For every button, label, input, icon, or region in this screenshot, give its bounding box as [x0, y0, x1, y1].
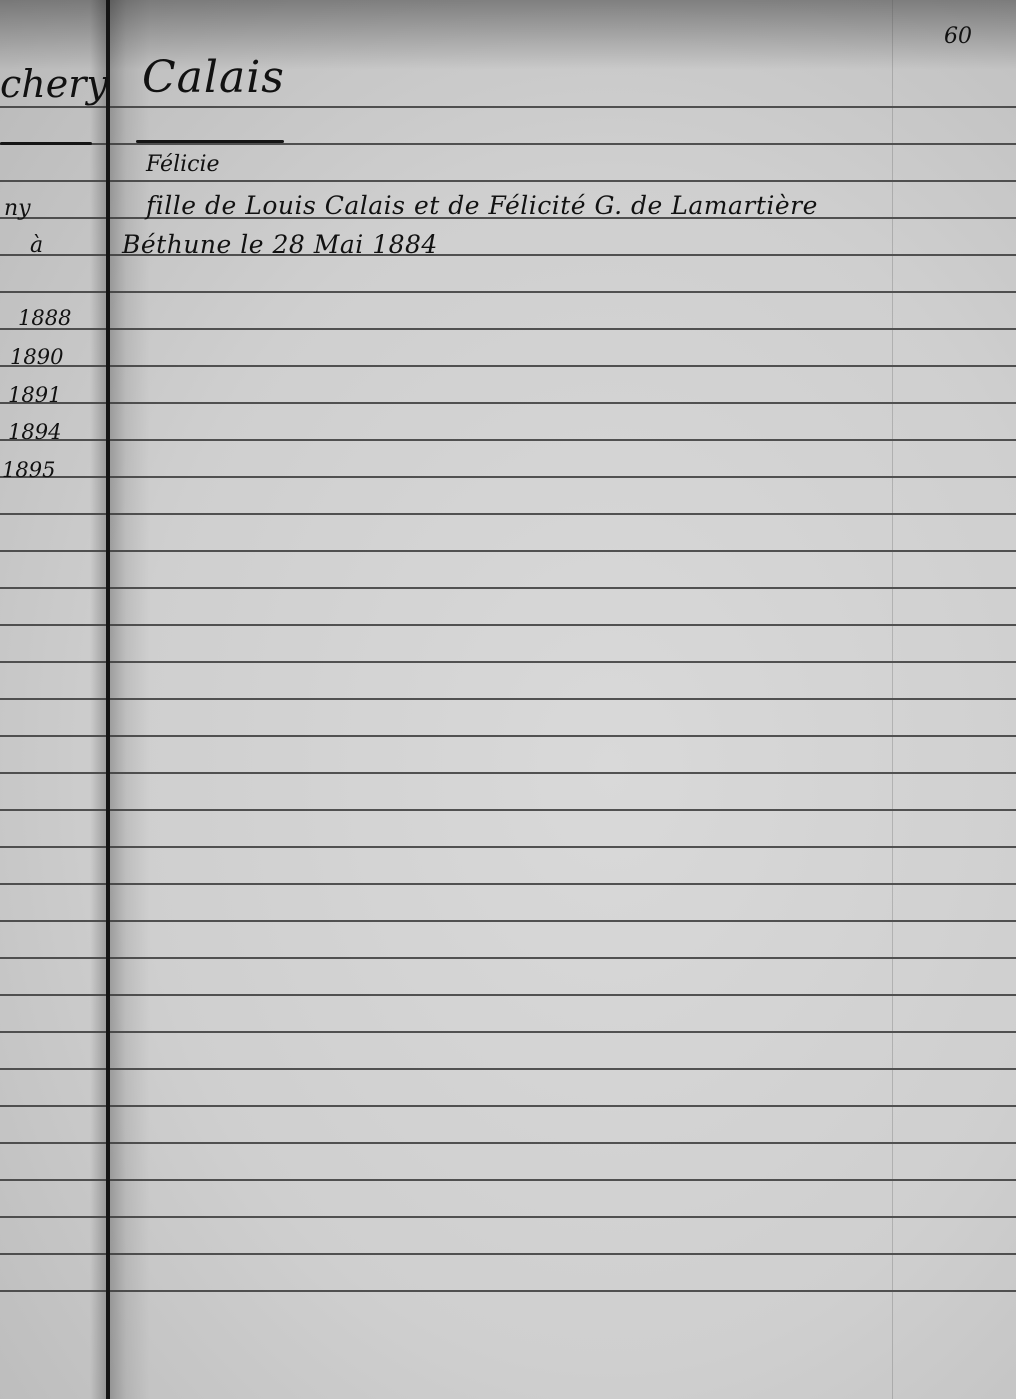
ruled-line: [0, 1216, 1016, 1218]
ruled-line: [0, 106, 1016, 108]
ruled-line: [0, 846, 1016, 848]
surname-heading: Calais: [142, 52, 285, 103]
ruled-line: [0, 1031, 1016, 1033]
ruled-line: [0, 365, 1016, 367]
surname-underline: [136, 140, 284, 143]
ruled-line: [0, 1253, 1016, 1255]
ruled-line: [0, 513, 1016, 515]
left-fragment-line-1: ny: [4, 196, 31, 221]
ruled-line: [0, 957, 1016, 959]
ruled-line: [0, 624, 1016, 626]
ruled-line: [0, 698, 1016, 700]
ruled-line: [0, 1179, 1016, 1181]
ruled-line: [0, 1068, 1016, 1070]
ruled-line: [0, 402, 1016, 404]
gutter-shadow: [90, 0, 150, 1399]
ruled-line: [0, 735, 1016, 737]
ruled-line: [0, 661, 1016, 663]
entry-parentage: fille de Louis Calais et de Félicité G. …: [146, 191, 818, 220]
ruled-line: [0, 1105, 1016, 1107]
entry-given-name: Félicie: [146, 152, 220, 177]
year-1890: 1890: [10, 345, 63, 369]
ruled-line: [0, 920, 1016, 922]
ruled-line: [0, 1142, 1016, 1144]
left-fragment-line-2: à: [30, 233, 43, 258]
previous-surname-underline: [0, 142, 92, 145]
ruled-line: [0, 291, 1016, 293]
ruled-line: [0, 439, 1016, 441]
page-gutter-line: [106, 0, 110, 1399]
year-1895: 1895: [2, 458, 55, 482]
ruled-line: [0, 587, 1016, 589]
year-1894: 1894: [8, 420, 61, 444]
previous-surname-fragment: chery: [0, 62, 108, 106]
ruled-line: [0, 1290, 1016, 1292]
year-1891: 1891: [8, 383, 61, 407]
ruled-line: [0, 476, 1016, 478]
ruled-line: [0, 328, 1016, 330]
ruled-line: [0, 772, 1016, 774]
right-margin-line: [892, 0, 893, 1399]
ruled-line: [0, 883, 1016, 885]
entry-birth: Béthune le 28 Mai 1884: [122, 230, 438, 259]
register-page: chery ny à 1888 1890 1891 1894 1895 60 C…: [0, 0, 1016, 1399]
ruled-line: [0, 550, 1016, 552]
ruled-line: [0, 809, 1016, 811]
page-number: 60: [944, 24, 972, 49]
ruled-line: [0, 994, 1016, 996]
year-1888: 1888: [18, 306, 71, 330]
ruled-line: [0, 143, 1016, 145]
ruled-line: [0, 180, 1016, 182]
